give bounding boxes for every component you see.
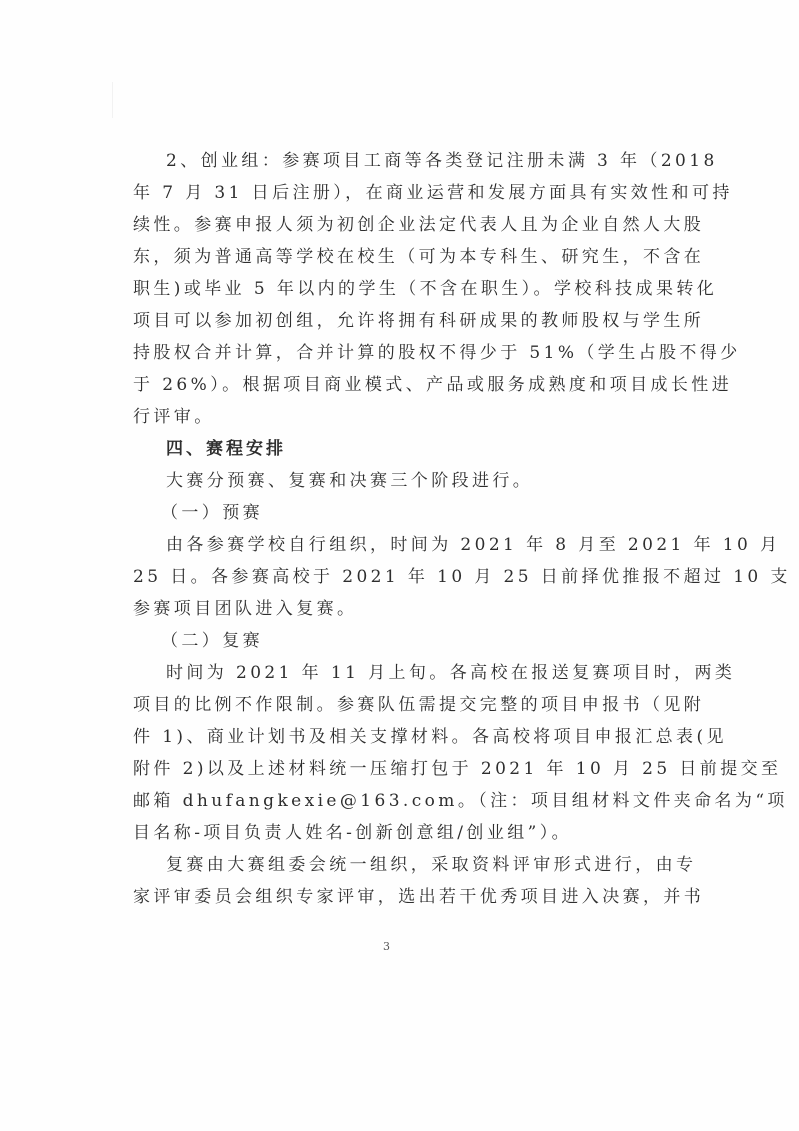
text-line: 家评审委员会组织专家评审，选出若干优秀项目进入决赛，并书	[133, 886, 653, 908]
text-line: 件 1)、商业计划书及相关支撑材料。各高校将项目申报汇总表(见	[133, 726, 653, 748]
text-line: 复赛由大赛组委会统一组织，采取资料评审形式进行，由专	[166, 854, 686, 876]
text-line: 行评审。	[133, 406, 653, 428]
text-line: 持股权合并计算，合并计算的股权不得少于 51%（学生占股不得少	[133, 342, 653, 364]
subheading-semifinal: （二）复赛	[161, 630, 681, 652]
text-line: 项目的比例不作限制。参赛队伍需提交完整的项目申报书（见附	[133, 694, 653, 716]
text-line: 东，须为普通高等学校在校生（可为本专科生、研究生，不含在	[133, 246, 653, 268]
text-line: 参赛项目团队进入复赛。	[133, 598, 653, 620]
document-page: 2、创业组：参赛项目工商等各类登记注册未满 3 年（2018 年 7 月 31 …	[0, 0, 799, 1131]
text-line: 2、创业组：参赛项目工商等各类登记注册未满 3 年（2018	[166, 150, 686, 172]
stages-intro: 大赛分预赛、复赛和决赛三个阶段进行。	[166, 470, 686, 492]
text-line: 职生)或毕业 5 年以内的学生（不含在职生）。学校科技成果转化	[133, 278, 653, 300]
page-number: 3	[383, 940, 390, 953]
text-line: 时间为 2021 年 11 月上旬。各高校在报送复赛项目时，两类	[166, 662, 686, 684]
text-line: 于 26%）。根据项目商业模式、产品或服务成熟度和项目成长性进	[133, 374, 653, 396]
text-line: 由各参赛学校自行组织，时间为 2021 年 8 月至 2021 年 10 月	[166, 534, 686, 556]
text-line: 年 7 月 31 日后注册），在商业运营和发展方面具有实效性和可持	[133, 182, 653, 204]
subheading-preliminary: （一）预赛	[161, 502, 681, 524]
text-line: 邮箱 dhufangkexie@163.com。（注：项目组材料文件夹命名为“项	[133, 790, 653, 812]
text-line: 附件 2)以及上述材料统一压缩打包于 2021 年 10 月 25 日前提交至	[133, 758, 653, 780]
section-heading-schedule: 四、赛程安排	[166, 438, 686, 460]
text-line: 25 日。各参赛高校于 2021 年 10 月 25 日前择优推报不超过 10 …	[133, 566, 653, 588]
text-line: 目名称-项目负责人姓名-创新创意组/创业组”）。	[133, 822, 653, 844]
text-line: 续性。参赛申报人须为初创企业法定代表人且为企业自然人大股	[133, 214, 653, 236]
scan-mark	[112, 82, 113, 118]
text-line: 项目可以参加初创组，允许将拥有科研成果的教师股权与学生所	[133, 310, 653, 332]
